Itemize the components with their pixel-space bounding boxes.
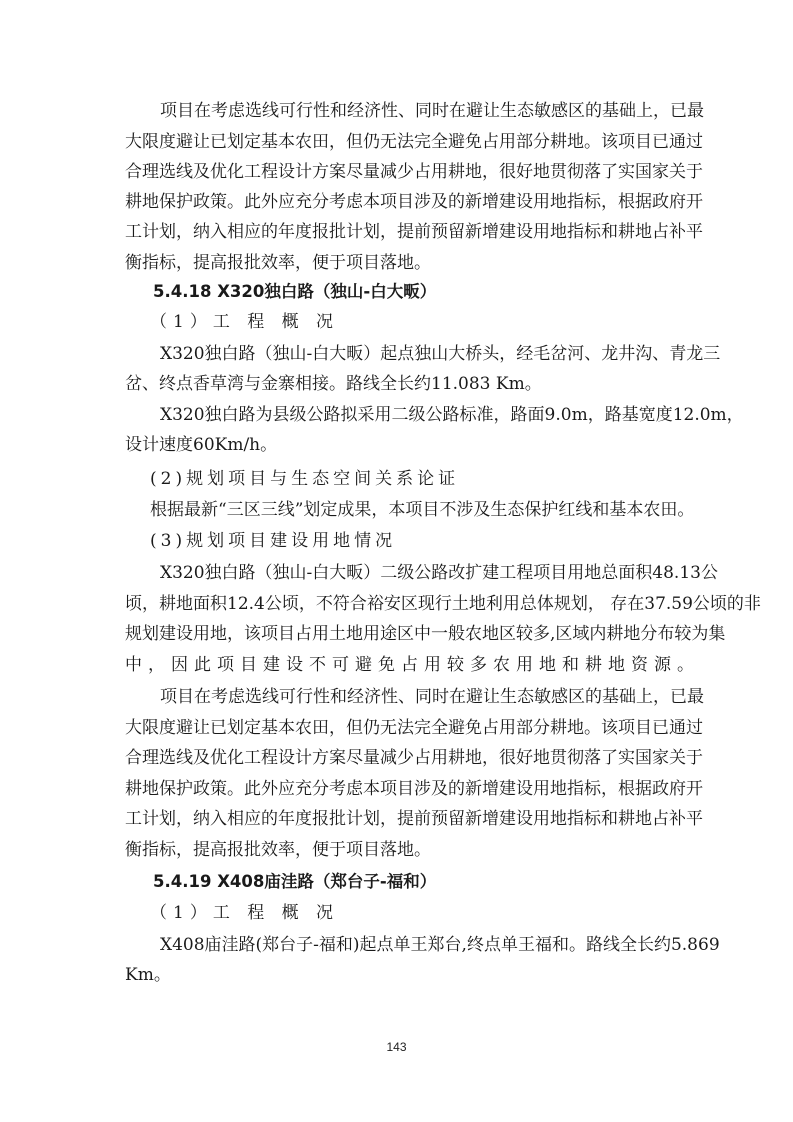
paragraph-line: 耕地保护政策。此外应充分考虑本项目涉及的新增建设用地指标，根据政府开 [125,778,672,800]
paragraph-line: 项目在考虑选线可行性和经济性、同时在避让生态敏感区的基础上，已最 [160,100,672,122]
paragraph-line: 岔、终点香草湾与金寨相接。路线全长约11.083 Km。 [125,373,542,395]
section-heading-5-4-18: 5.4.18 X320独白路（独山-白大畈） [153,281,436,303]
paragraph-line: X320独白路（独山-白大畈）起点独山大桥头，经毛岔河、龙井沟、青龙三 [160,343,672,365]
paragraph-line: 中，因此项目建设不可避免占用较多农用地和耕地资源。 [125,654,700,676]
paragraph-line: 设计速度60Km/h。 [125,434,277,456]
paragraph-line: 合理选线及优化工程设计方案尽量减少占用耕地，很好地贯彻落了实国家关于 [125,161,672,183]
paragraph-line: 顷，耕地面积12.4公顷，不符合裕安区现行土地利用总体规划， 存在37.59公顷… [125,593,672,615]
section-heading-5-4-19: 5.4.19 X408庙洼路（郑台子-福和） [153,871,436,893]
page-number: 143 [0,1040,793,1054]
paragraph-line: 项目在考虑选线可行性和经济性、同时在避让生态敏感区的基础上，已最 [160,686,672,708]
paragraph-line: X320独白路为县级公路拟采用二级公路标准，路面9.0m，路基宽度12.0m， [160,404,672,426]
paragraph-line: X320独白路（独山-白大畈）二级公路改扩建工程项目用地总面积48.13公 [160,562,672,584]
paragraph-line: 大限度避让已划定基本农田，但仍无法完全避免占用部分耕地。该项目已通过 [125,717,672,739]
paragraph-line: 大限度避让已划定基本农田，但仍无法完全避免占用部分耕地。该项目已通过 [125,131,672,153]
paragraph-line: 衡指标，提高报批效率，便于项目落地。 [125,839,431,861]
paragraph-line: 衡指标，提高报批效率，便于项目落地。 [125,252,431,274]
paragraph-line: 根据最新“三区三线”划定成果，本项目不涉及生态保护红线和基本农田。 [150,499,694,521]
paragraph-line: 工计划，纳入相应的年度报批计划，提前预留新增建设用地指标和耕地占补平 [125,221,672,243]
subsection-title-overview: （1）工 程 概 况 [150,902,339,924]
paragraph-line: X408庙洼路(郑台子-福和)起点单王郑台,终点单王福和。路线全长约5.869 [160,934,672,956]
paragraph-line: 耕地保护政策。此外应充分考虑本项目涉及的新增建设用地指标，根据政府开 [125,191,672,213]
subsection-title-land-use: (3)规划项目建设用地情况 [150,530,396,552]
paragraph-line: Km。 [125,964,171,986]
document-page: 项目在考虑选线可行性和经济性、同时在避让生态敏感区的基础上，已最 大限度避让已划… [0,0,793,1122]
paragraph-line: 合理选线及优化工程设计方案尽量减少占用耕地，很好地贯彻落了实国家关于 [125,747,672,769]
paragraph-line: 工计划，纳入相应的年度报批计划，提前预留新增建设用地指标和耕地占补平 [125,808,672,830]
paragraph-line: 规划建设用地，该项目占用土地用途区中一般农地区较多,区域内耕地分布较为集 [125,623,672,645]
subsection-title-overview: （1）工 程 概 况 [150,311,339,333]
subsection-title-ecology: (2)规划项目与生态空间关系论证 [150,468,459,490]
